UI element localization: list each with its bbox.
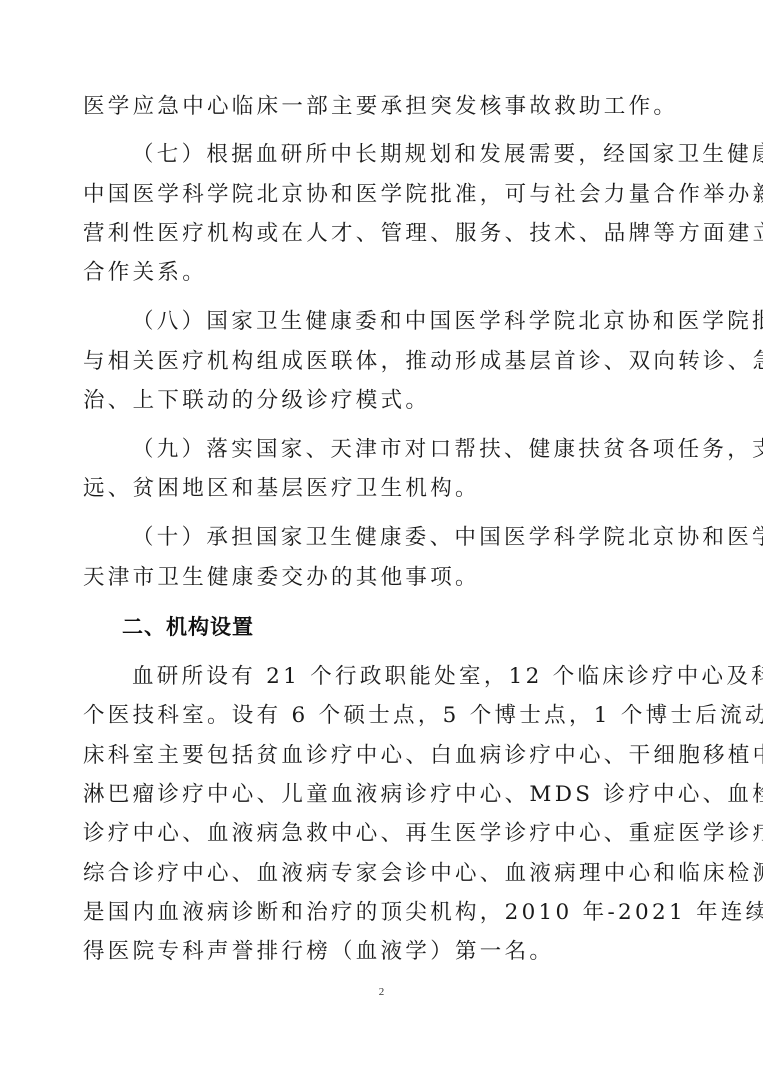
text-line: 是国内血液病诊断和治疗的顶尖机构，2010 年-2021 年连续 12 年获	[83, 893, 685, 933]
text-line: 治、上下联动的分级诊疗模式。	[83, 381, 685, 421]
text-line: 天津市卫生健康委交办的其他事项。	[83, 558, 685, 598]
text-line: （十）承担国家卫生健康委、中国医学科学院北京协和医学院和	[132, 518, 685, 558]
text-line: 血研所设有 21 个行政职能处室，12 个临床诊疗中心及科室，11	[132, 657, 685, 697]
document-page: 医学应急中心临床一部主要承担突发核事故救助工作。（七）根据血研所中长期规划和发展…	[0, 0, 763, 1080]
text-line: 诊疗中心、血液病急救中心、再生医学诊疗中心、重症医学诊疗中心、	[83, 814, 685, 854]
text-line: （七）根据血研所中长期规划和发展需要，经国家卫生健康委和	[132, 135, 685, 175]
text-line: 淋巴瘤诊疗中心、儿童血液病诊疗中心、MDS 诊疗中心、血栓止血	[83, 775, 685, 815]
text-line: 与相关医疗机构组成医联体，推动形成基层首诊、双向转诊、急慢分	[83, 342, 685, 382]
text-line: 中国医学科学院北京协和医学院批准，可与社会力量合作举办新的非	[83, 175, 685, 215]
page-number: 2	[0, 986, 763, 998]
text-line: 床科室主要包括贫血诊疗中心、白血病诊疗中心、干细胞移植中心、	[83, 736, 685, 776]
text-line: 综合诊疗中心、血液病专家会诊中心、血液病理中心和临床检测中心，	[83, 854, 685, 894]
text-line: 营利性医疗机构或在人才、管理、服务、技术、品牌等方面建立协议	[83, 214, 685, 254]
text-line: 医学应急中心临床一部主要承担突发核事故救助工作。	[83, 87, 685, 127]
text-line: 远、贫困地区和基层医疗卫生机构。	[83, 469, 685, 509]
text-line: （九）落实国家、天津市对口帮扶、健康扶贫各项任务，支援边	[132, 430, 685, 470]
text-line: 得医院专科声誉排行榜（血液学）第一名。	[83, 932, 685, 972]
text-line: 个医技科室。设有 6 个硕士点，5 个博士点，1 个博士后流动站。临	[83, 696, 685, 736]
text-line: 合作关系。	[83, 253, 685, 293]
section-heading: 二、机构设置	[122, 607, 254, 647]
text-line: （八）国家卫生健康委和中国医学科学院北京协和医学院批准，	[132, 302, 685, 342]
